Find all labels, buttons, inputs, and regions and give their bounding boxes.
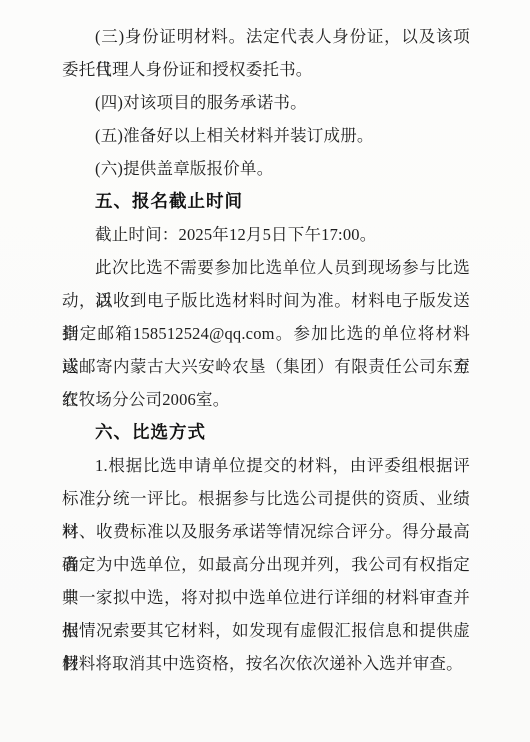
- document-body: (三)身份证明材料。法定代表人身份证，以及该项目委托代理人身份证和授权委托书。(…: [62, 20, 470, 680]
- document-line: 委托代理人身份证和授权委托书。: [62, 53, 470, 86]
- document-line: 或邮寄内蒙古大兴安岭农垦（集团）有限责任公司东方红: [62, 350, 470, 383]
- document-line: 此次比选不需要参加比选单位人员到现场参与比选活: [62, 251, 470, 284]
- document-line: 1.根据比选申请单位提交的材料，由评委组根据评分: [62, 449, 470, 482]
- document-line: 农牧场分公司2006室。: [62, 383, 470, 416]
- document-line: 材料将取消其中选资格，按名次依次递补入选并审查。: [62, 647, 470, 680]
- document-line: (六)提供盖章版报价单。: [62, 152, 470, 185]
- document-line: (四)对该项目的服务承诺书。: [62, 86, 470, 119]
- document-line: 中一家拟中选，将对拟中选单位进行详细的材料审查并根: [62, 581, 470, 614]
- document-line: (三)身份证明材料。法定代表人身份证，以及该项目: [62, 20, 470, 53]
- document-line: 指定邮箱158512524@qq.com。参加比选的单位将材料送至: [62, 317, 470, 350]
- document-line: 截止时间：2025年12月5日下午17:00。: [62, 218, 470, 251]
- document-line: 确定为中选单位，如最高分出现并列，我公司有权指定其: [62, 548, 470, 581]
- document-line: (五)准备好以上相关材料并装订成册。: [62, 119, 470, 152]
- document-line: 动，以收到电子版比选材料时间为准。材料电子版发送到: [62, 284, 470, 317]
- document-line: 据情况索要其它材料，如发现有虚假汇报信息和提供虚假: [62, 614, 470, 647]
- document-line: 标准，统一评比。根据参与比选公司提供的资质、业绩材: [62, 482, 470, 515]
- section-heading: 六、比选方式: [62, 416, 470, 449]
- document-line: 料、收费标准以及服务承诺等情况综合评分。得分最高者: [62, 515, 470, 548]
- document-page: (三)身份证明材料。法定代表人身份证，以及该项目委托代理人身份证和授权委托书。(…: [0, 0, 530, 742]
- section-heading: 五、报名截止时间: [62, 185, 470, 218]
